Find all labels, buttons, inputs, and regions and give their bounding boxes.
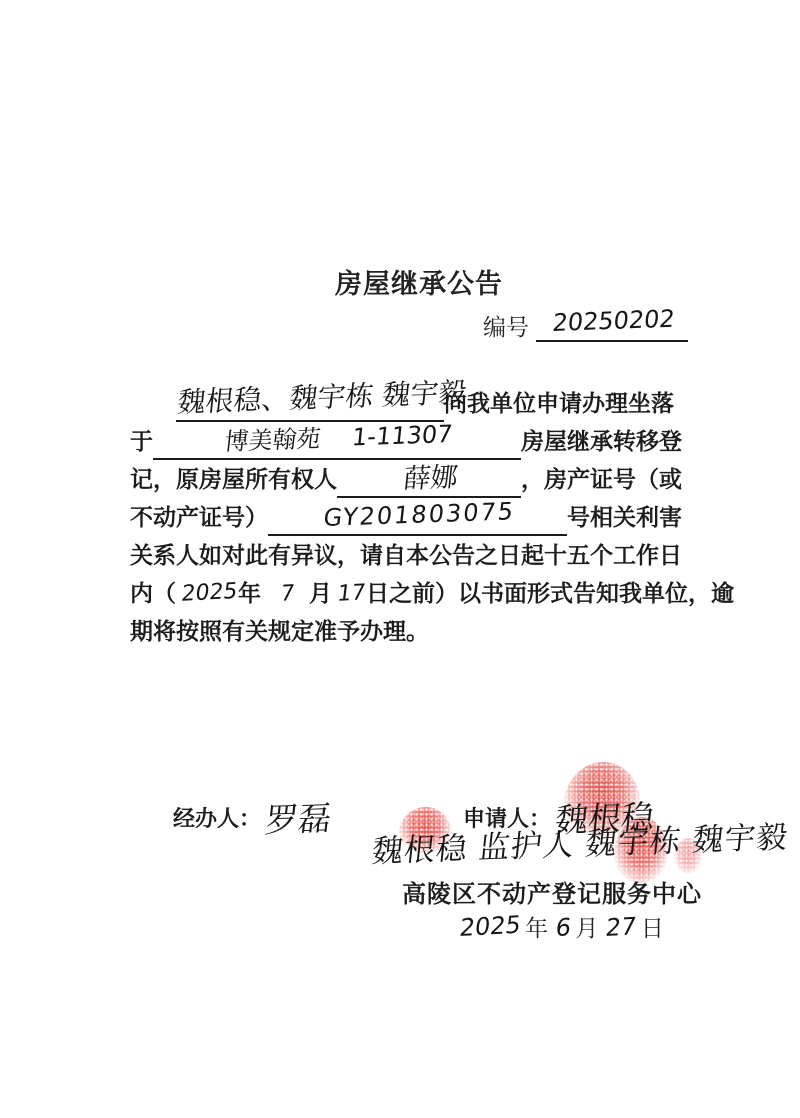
handler-signature: 罗磊 [263, 792, 334, 842]
body-line-3-pre: 记，原房屋所有权人 [130, 466, 337, 492]
certificate-number-blank: GY201803075 [268, 502, 567, 536]
handler-row: 经办人：罗磊 [173, 795, 329, 842]
certificate-number-handwritten: GY201803075 [322, 496, 517, 533]
body-paragraph: 魏根稳、魏宇栋 魏宇毅向我单位申请办理坐落 于博美翰苑 1-11307房屋继承转… [130, 384, 730, 650]
body-line-5: 关系人如对此有异议，请自本公告之日起十五个工作日 [130, 536, 730, 574]
body-line-3-text: ，房产证号（或 [521, 466, 682, 492]
deadline-month-handwritten: 7 [278, 575, 297, 614]
body-line-3: 记，原房屋所有权人薛娜，房产证号（或 [130, 460, 730, 498]
body-line-1: 魏根稳、魏宇栋 魏宇毅向我单位申请办理坐落 [130, 384, 730, 422]
deadline-year-label: 年 [238, 580, 261, 606]
date-year-label: 年 [525, 916, 548, 942]
deadline-year-handwritten: 2025 [179, 573, 240, 614]
date-month-label: 月 [575, 916, 598, 942]
date-year-handwritten: 2025 [458, 911, 522, 942]
doc-number-handwritten: 20250202 [551, 304, 676, 338]
body-line-1-text: 向我单位申请办理坐落 [444, 390, 674, 416]
deadline-month-slot: 7 [261, 574, 309, 614]
date-day-handwritten: 27 [604, 912, 638, 942]
body-line-4-text: 号相关利害 [567, 504, 682, 530]
body-line-2-pre: 于 [130, 428, 153, 454]
deadline-year-slot: 2025 [176, 574, 238, 614]
handler-label: 经办人： [173, 806, 261, 831]
body-line-2-text: 房屋继承转移登 [521, 428, 682, 454]
doc-number-label: 编号 [483, 315, 529, 341]
date-row: 2025年6月27日 [452, 910, 664, 943]
page-title: 房屋继承公告 [335, 262, 503, 301]
applicant-signatures-row2: 魏根稳 监护人 魏宇栋 魏宇毅 [370, 826, 787, 871]
property-location-blank: 博美翰苑 1-11307 [153, 426, 521, 460]
body-line-4: 不动产证号）GY201803075号相关利害 [130, 498, 730, 536]
org-name: 高陵区不动产登记服务中心 [402, 874, 702, 909]
doc-number-row: 编号 20250202 [483, 308, 688, 342]
owner-handwritten: 薛娜 [402, 463, 459, 495]
deadline-month-label: 月 [309, 580, 332, 606]
body-line-6-pre: 内（ [130, 580, 176, 606]
owner-blank: 薛娜 [337, 464, 521, 498]
deadline-day-handwritten: 17 [335, 574, 368, 614]
body-line-2: 于博美翰苑 1-11307房屋继承转移登 [130, 422, 730, 460]
doc-number-blank: 20250202 [536, 308, 688, 342]
applicants-handwritten: 魏根稳、魏宇栋 魏宇毅 [176, 378, 468, 418]
date-month-handwritten: 6 [554, 913, 573, 942]
announcement-document: 房屋继承公告 编号 20250202 魏根稳、魏宇栋 魏宇毅向我单位申请办理坐落… [0, 0, 800, 1118]
date-day-label: 日 [641, 916, 664, 942]
property-location-handwritten: 博美翰苑 1-11307 [223, 419, 454, 457]
applicants-blank: 魏根稳、魏宇栋 魏宇毅 [176, 388, 444, 422]
body-line-7: 期将按照有关规定准予办理。 [130, 612, 730, 650]
body-line-6-post: 日之前）以书面形式告知我单位，逾 [366, 580, 734, 606]
body-line-6: 内（2025年7月17日之前）以书面形式告知我单位，逾 [130, 574, 730, 612]
deadline-day-slot: 17 [332, 574, 366, 614]
body-line-4-pre: 不动产证号） [130, 504, 268, 530]
